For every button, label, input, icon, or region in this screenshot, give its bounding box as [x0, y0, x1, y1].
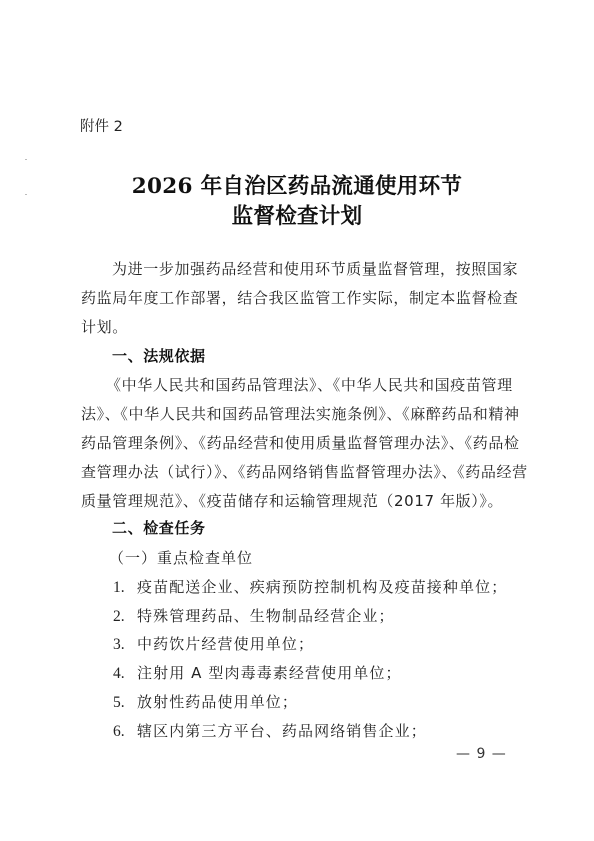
list-item: 2.特殊管理药品、生物制品经营企业；	[113, 605, 395, 626]
list-item: 5.放射性药品使用单位；	[113, 691, 298, 712]
legal-basis-line: 查管理办法（试行）》、《药品网络销售监督管理办法》、《药品经营	[81, 461, 521, 482]
list-item-number: 5.	[113, 694, 137, 712]
list-item-number: 3.	[113, 636, 137, 654]
list-item-number: 4.	[113, 665, 137, 683]
list-item-text: 注射用 A 型肉毒毒素经营使用单位；	[137, 664, 402, 682]
list-item-number: 6.	[113, 723, 137, 741]
list-item-text: 放射性药品使用单位；	[137, 693, 298, 711]
list-item: 4.注射用 A 型肉毒毒素经营使用单位；	[113, 662, 402, 683]
intro-paragraph-line: 计划。	[81, 316, 521, 337]
legal-basis-line: 药品管理条例》、《药品经营和使用质量监督管理办法》、《药品检	[81, 432, 521, 453]
intro-paragraph-line: 为进一步加强药品经营和使用环节质量监督管理，按照国家	[112, 258, 552, 279]
document-page: 附件 2 2026 年自治区药品流通使用环节 监督检查计划 为进一步加强药品经营…	[0, 0, 594, 841]
legal-basis-line: 质量管理规范》、《疫苗储存和运输管理规范（2017 年版）》。	[81, 490, 521, 511]
section-heading-inspection-tasks: 二、检查任务	[112, 517, 206, 538]
list-item-text: 疫苗配送企业、疾病预防控制机构及疫苗接种单位；	[137, 578, 507, 596]
list-item-text: 中药饮片经营使用单位；	[137, 635, 314, 653]
list-item-text: 辖区内第三方平台、药品网络销售企业；	[137, 722, 427, 740]
list-item-number: 1.	[113, 579, 137, 597]
document-title-line1: 2026 年自治区药品流通使用环节	[0, 169, 594, 200]
document-title-line2: 监督检查计划	[0, 199, 594, 230]
page-number: — 9 —	[456, 746, 507, 762]
intro-paragraph-line: 药监局年度工作部署，结合我区监管工作实际，制定本监督检查	[81, 287, 521, 308]
list-item-number: 2.	[113, 608, 137, 626]
list-item: 1.疫苗配送企业、疾病预防控制机构及疫苗接种单位；	[113, 576, 507, 597]
legal-basis-line: 《中华人民共和国药品管理法》、《中华人民共和国疫苗管理	[106, 374, 546, 395]
legal-basis-line: 法》、《中华人民共和国药品管理法实施条例》、《麻醉药品和精神	[81, 403, 521, 424]
subsection-heading-key-units: （一）重点检查单位	[109, 547, 253, 568]
attachment-label: 附件 2	[80, 115, 123, 136]
list-item: 6.辖区内第三方平台、药品网络销售企业；	[113, 720, 427, 741]
list-item-text: 特殊管理药品、生物制品经营企业；	[137, 607, 395, 625]
list-item: 3.中药饮片经营使用单位；	[113, 633, 314, 654]
scan-speck	[25, 159, 27, 160]
section-heading-legal-basis: 一、法规依据	[112, 345, 206, 366]
